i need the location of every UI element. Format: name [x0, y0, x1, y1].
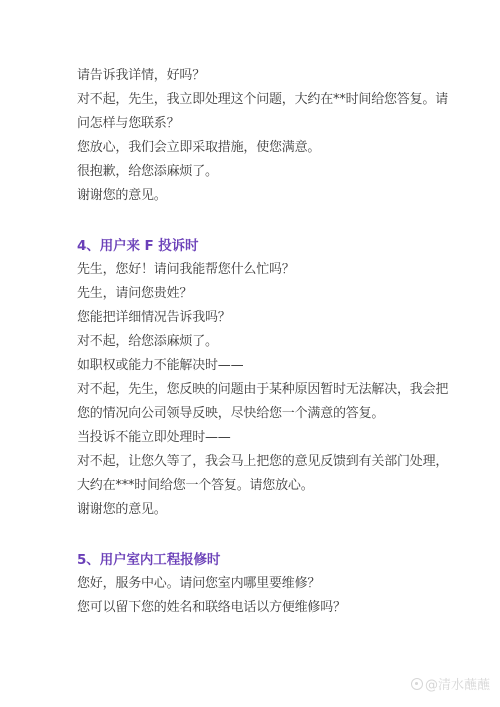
text-line: 请告诉我详情，好吗？ [77, 64, 437, 88]
text-line: 对不起，先生，您反映的问题由于某种原因暂时无法解决，我会把 [77, 378, 437, 402]
watermark-text: @清水蘸蘸 [425, 674, 490, 693]
text-line: 先生，您好！请问我能帮您什么忙吗？ [77, 258, 437, 282]
text-line: 问怎样与您联系？ [77, 112, 437, 136]
text-line: 大约在***时间给您一个答复。请您放心。 [77, 474, 437, 498]
section-spacer [77, 522, 437, 548]
text-line: 谢谢您的意见。 [77, 498, 437, 522]
text-line: 先生，请问您贵姓？ [77, 282, 437, 306]
watermark: @清水蘸蘸 [411, 674, 490, 693]
text-line: 您可以留下您的姓名和联络电话以方便维修吗？ [77, 596, 437, 620]
text-line: 您放心，我们会立即采取措施，使您满意。 [77, 136, 437, 160]
text-line: 对不起，让您久等了，我会马上把您的意见反馈到有关部门处理， [77, 450, 437, 474]
document-page: 请告诉我详情，好吗？ 对不起，先生，我立即处理这个问题，大约在**时间给您答复。… [0, 0, 500, 707]
text-line: 如职权或能力不能解决时—— [77, 354, 437, 378]
section-heading-5: 5、用户室内工程报修时 [77, 548, 437, 572]
text-line: 当投诉不能立即处理时—— [77, 426, 437, 450]
document-content: 请告诉我详情，好吗？ 对不起，先生，我立即处理这个问题，大约在**时间给您答复。… [77, 64, 437, 620]
text-line: 谢谢您的意见。 [77, 184, 437, 208]
text-line: 您能把详细情况告诉我吗？ [77, 306, 437, 330]
text-line: 对不起，先生，我立即处理这个问题，大约在**时间给您答复。请 [77, 88, 437, 112]
text-line: 对不起，给您添麻烦了。 [77, 330, 437, 354]
section-spacer [77, 208, 437, 234]
text-line: 您好，服务中心。请问您室内哪里要维修？ [77, 572, 437, 596]
section-heading-4: 4、用户来 F 投诉时 [77, 234, 437, 258]
user-badge-icon [411, 678, 423, 690]
text-line: 很抱歉，给您添麻烦了。 [77, 160, 437, 184]
text-line: 您的情况向公司领导反映，尽快给您一个满意的答复。 [77, 402, 437, 426]
